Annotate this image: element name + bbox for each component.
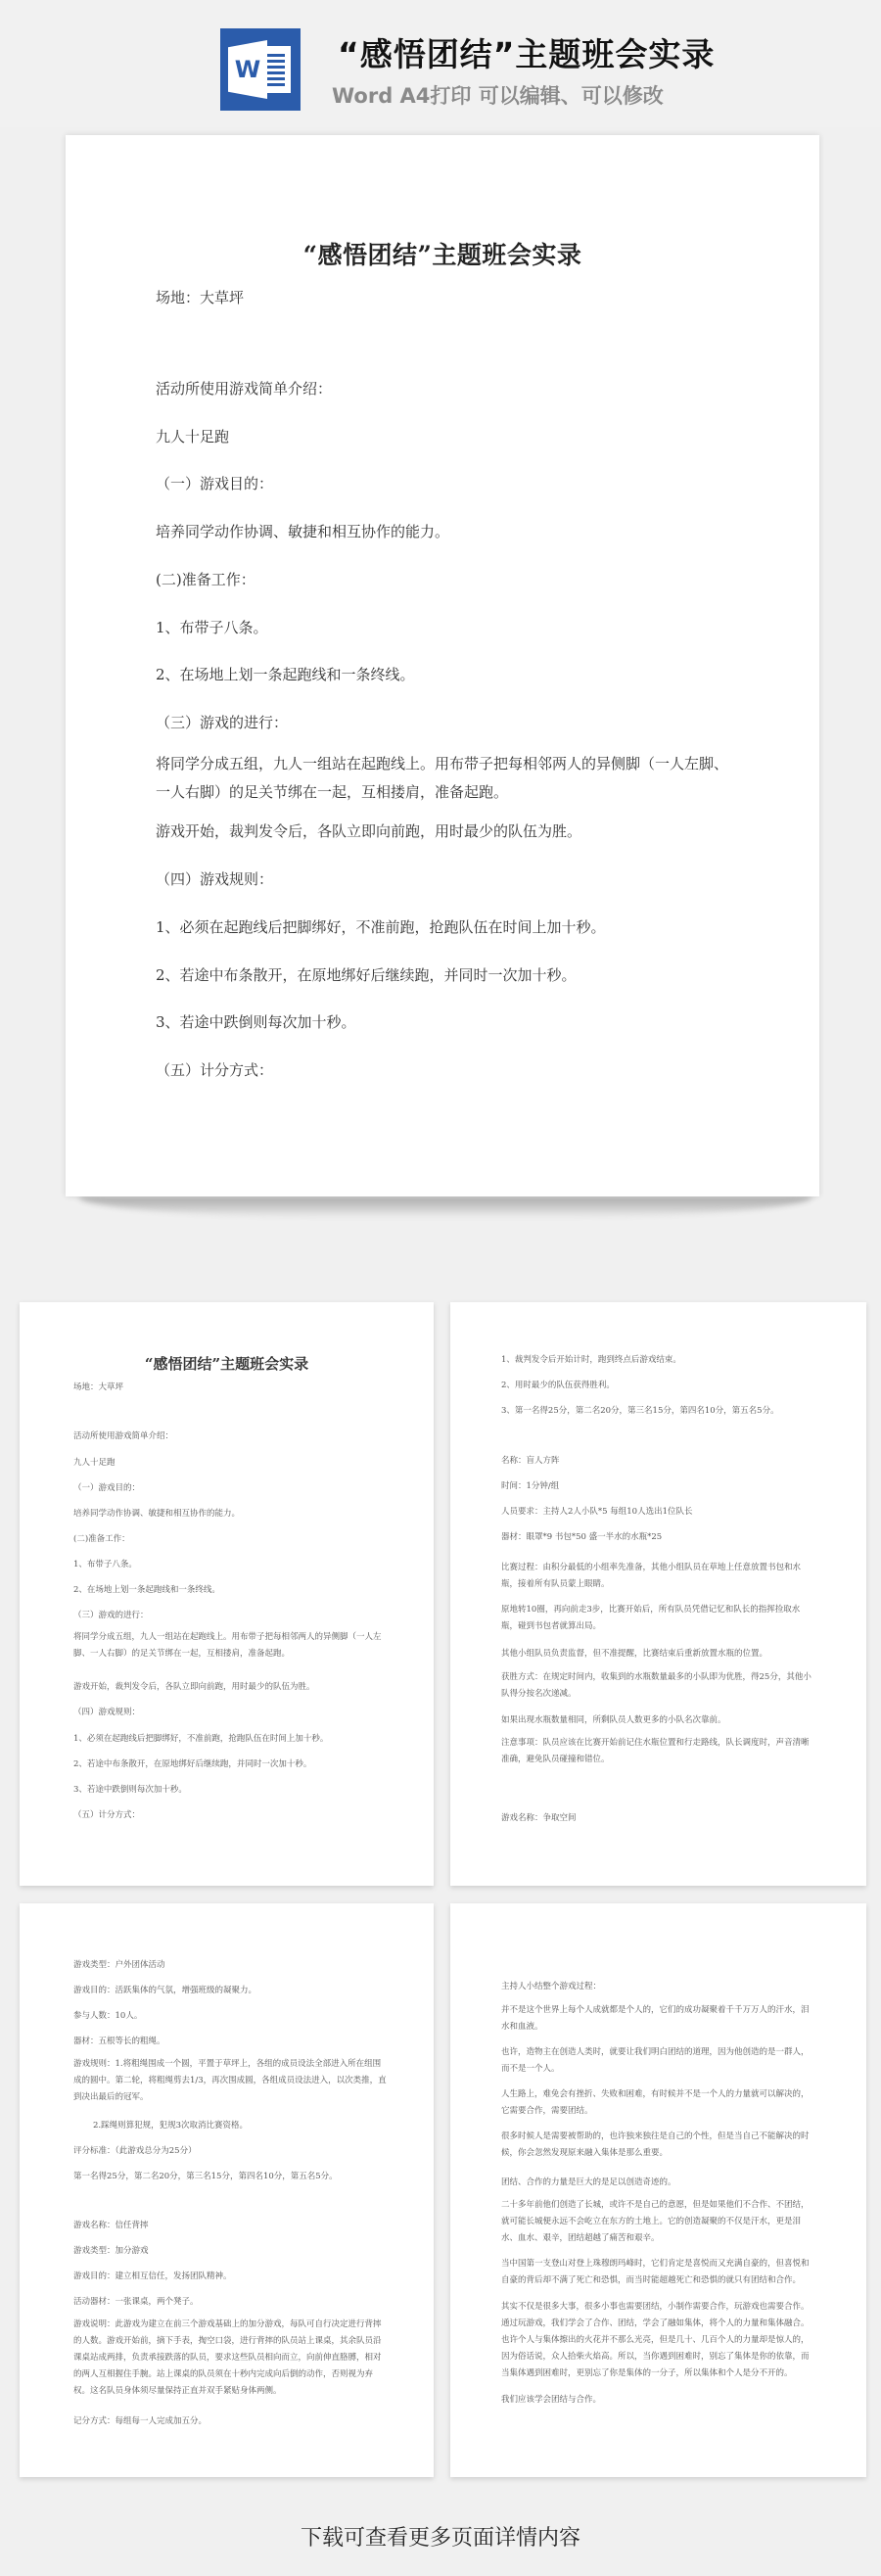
thumb-line: 活动所使用游戏简单介绍： — [73, 1429, 173, 1441]
header-subtitle: Word A4打印 可以编辑、可以修改 — [332, 80, 664, 110]
thumb-line: 人员要求：主持人2人小队*5 每组10人选出1位队长 — [501, 1505, 693, 1517]
section-heading: （三）游戏的进行： — [156, 712, 288, 732]
thumb-line: 培养同学动作协调、敏捷和相互协作的能力。 — [73, 1507, 240, 1519]
prep-item: 1、布带子八条。 — [156, 617, 268, 637]
thumb-line: 游戏类型：户外团体活动 — [73, 1958, 165, 1970]
thumb-line: 游戏开始，裁判发令后，各队立即向前跑，用时最少的队伍为胜。 — [73, 1680, 315, 1692]
thumb-line: 2、在场地上划一条起跑线和一条终线。 — [73, 1583, 220, 1595]
thumb-line: 1、布带子八条。 — [73, 1558, 137, 1569]
thumb-line: 记分方式：每组每一人完成加五分。 — [73, 2414, 207, 2426]
thumb-paragraph: 二十多年前他们创造了长城，或许不是自己的意愿，但是如果他们不合作、不团结，就可能… — [501, 2197, 814, 2247]
section-heading: (二)准备工作： — [156, 569, 255, 589]
download-more-link[interactable]: 下载可查看更多页面详情内容 — [0, 2521, 881, 2552]
word-doc-icon: W — [220, 28, 301, 111]
thumb-title: “感悟团结”主题班会实录 — [20, 1353, 434, 1374]
thumb-line: 游戏名称：争取空间 — [501, 1811, 577, 1823]
thumb-line: 器材：五根等长的粗绳。 — [73, 2035, 165, 2046]
thumb-paragraph: 当中国第一支登山对登上珠穆朗玛峰时，它们肯定是喜悦而又充满自豪的，但喜悦和自豪的… — [501, 2256, 814, 2289]
thumb-line: 评分标准：（此游戏总分为25分） — [73, 2144, 197, 2156]
thumb-line: 我们应该学会团结与合作。 — [501, 2393, 601, 2405]
rule-item: 3、若途中跌倒则每次加十秒。 — [156, 1011, 356, 1032]
thumb-paragraph: 很多时候人是需要被帮助的，也许独来独往是自己的个性，但是当自己不能解决的时候，你… — [501, 2129, 814, 2162]
thumb-paragraph: 游戏规则：1.将粗绳围成一个圆，平置于草坪上，各组的成员设法全部进入所在组围成的… — [73, 2056, 387, 2106]
thumb-paragraph: 人生路上，难免会有挫折、失败和困难，有时候并不是一个人的力量就可以解决的，它需要… — [501, 2086, 814, 2120]
thumb-line: 参与人数：10人。 — [73, 2009, 142, 2021]
thumb-line: 游戏目的：活跃集体的气氛，增强班级的凝聚力。 — [73, 1984, 256, 1995]
thumb-paragraph: 比赛过程：由积分最低的小组率先准备，其他小组队员在草地上任意放置书包和水瓶，接着… — [501, 1560, 814, 1593]
section-heading: （五）计分方式： — [156, 1059, 273, 1080]
intro-line: 活动所使用游戏简单介绍： — [156, 378, 332, 398]
thumb-paragraph: 将同学分成五组，九人一组站在起跑线上。用布带子把每相邻两人的异侧脚（一人左脚、一… — [73, 1629, 387, 1663]
thumb-paragraph: 原地转10圈，再向前走3步，比赛开始后，所有队员凭借记忆和队长的指挥捡取水瓶，碰… — [501, 1602, 814, 1635]
thumb-paragraph: 获胜方式：在规定时间内，收集到的水瓶数量最多的小队即为优胜，得25分，其他小队得… — [501, 1669, 814, 1703]
section-heading: （一）游戏目的： — [156, 473, 273, 493]
thumb-paragraph: 注意事项：队员应该在比赛开始前记住水瓶位置和行走路线，队长调度时，声音清晰准确，… — [501, 1735, 814, 1768]
rule-item: 2、若途中布条散开，在原地绑好后继续跑，并同时一次加十秒。 — [156, 964, 577, 985]
word-letter: W — [233, 58, 262, 81]
thumb-paragraph: 也许，造物主在创造人类时，就要让我们明白团结的道理，因为他创造的是一群人，而不是… — [501, 2044, 814, 2078]
thumb-line: （一）游戏目的： — [73, 1481, 140, 1493]
thumb-line: 其他小组队员负责监督，但不准提醒，比赛结束后重新放置水瓶的位置。 — [501, 1647, 767, 1659]
header-banner: W “感悟团结”主题班会实录 Word A4打印 可以编辑、可以修改 — [0, 0, 881, 127]
thumb-line: （三）游戏的进行： — [73, 1609, 149, 1620]
game-name: 九人十足跑 — [156, 426, 229, 446]
venue-line: 场地：大草坪 — [156, 287, 244, 307]
thumb-line: （四）游戏规则： — [73, 1706, 140, 1717]
thumb-line: 3、第一名得25分，第二名20分，第三名15分，第四名10分，第五名5分。 — [501, 1404, 779, 1416]
section-heading: （四）游戏规则： — [156, 868, 273, 889]
thumb-paragraph: 游戏说明：此游戏为建立在前三个游戏基础上的加分游戏，每队可自行决定进行背摔的人数… — [73, 2317, 387, 2400]
thumb-line: 第一名得25分，第二名20分，第三名15分，第四名10分，第五名5分。 — [73, 2170, 338, 2181]
thumb-paragraph: 其实不仅是很多大事，很多小事也需要团结，小制作需要合作，玩游戏也需要合作。通过玩… — [501, 2299, 814, 2382]
thumb-line: （五）计分方式： — [73, 1808, 140, 1820]
thumb-paragraph: 并不是这个世界上每个人成就都是个人的，它们的成功凝聚着千千万万人的汗水，泪水和血… — [501, 2002, 814, 2036]
prep-item: 2、在场地上划一条起跑线和一条终线。 — [156, 664, 415, 684]
document-page-preview: “感悟团结”主题班会实录 场地：大草坪 活动所使用游戏简单介绍： 九人十足跑 （… — [66, 135, 819, 1196]
thumbnail-page-3[interactable]: 游戏类型：户外团体活动 游戏目的：活跃集体的气氛，增强班级的凝聚力。 参与人数：… — [20, 1903, 434, 2477]
thumb-line: 场地：大草坪 — [73, 1381, 123, 1392]
rule-item: 1、必须在起跑线后把脚绑好，不准前跑，抢跑队伍在时间上加十秒。 — [156, 916, 606, 937]
thumb-line: 1、裁判发令后开始计时，跑到终点后游戏结束。 — [501, 1353, 681, 1365]
thumb-line: 主持人小结整个游戏过程： — [501, 1980, 601, 1991]
thumb-line: 活动器材：一张课桌，两个凳子。 — [73, 2295, 199, 2307]
document-title: “感悟团结”主题班会实录 — [66, 236, 819, 271]
thumb-line: 游戏类型：加分游戏 — [73, 2244, 149, 2256]
thumb-line: 时间：1分钟/组 — [501, 1479, 559, 1491]
thumb-line: 2、用时最少的队伍获得胜利。 — [501, 1379, 615, 1390]
thumb-line: 名称：盲人方阵 — [501, 1454, 560, 1466]
header-title: “感悟团结”主题班会实录 — [338, 29, 715, 75]
thumb-line: 团结、合作的力量是巨大的是足以创造奇迹的。 — [501, 2176, 676, 2187]
process-paragraph: 游戏开始，裁判发令后，各队立即向前跑，用时最少的队伍为胜。 — [156, 820, 581, 841]
thumb-line: 如果出现水瓶数量相同，所剩队员人数更多的小队名次靠前。 — [501, 1713, 726, 1725]
thumbnail-page-2[interactable]: 1、裁判发令后开始计时，跑到终点后游戏结束。 2、用时最少的队伍获得胜利。 3、… — [450, 1302, 866, 1886]
thumb-line: 游戏名称：信任背摔 — [73, 2219, 149, 2230]
thumb-line: 2、若途中布条散开，在原地绑好后继续跑，并同时一次加十秒。 — [73, 1757, 311, 1769]
thumb-line: 器材：眼罩*9 书包*50 盛一半水的水瓶*25 — [501, 1530, 662, 1542]
thumbnail-page-1[interactable]: “感悟团结”主题班会实录 场地：大草坪 活动所使用游戏简单介绍： 九人十足跑 （… — [20, 1302, 434, 1886]
thumb-line: 1、必须在起跑线后把脚绑好，不准前跑，抢跑队伍在时间上加十秒。 — [73, 1732, 328, 1744]
thumb-line: 2.踩绳则算犯规，犯规3次取消比赛资格。 — [93, 2119, 248, 2131]
thumb-line: 3、若途中跌倒则每次加十秒。 — [73, 1783, 187, 1795]
thumb-line: (二)准备工作： — [73, 1532, 130, 1544]
page-shadow — [78, 1196, 812, 1218]
purpose-line: 培养同学动作协调、敏捷和相互协作的能力。 — [156, 521, 449, 541]
thumb-line: 游戏目的：建立相互信任，发扬团队精神。 — [73, 2270, 232, 2281]
thumb-line: 九人十足跑 — [73, 1456, 116, 1468]
process-paragraph: 将同学分成五组，九人一组站在起跑线上。用布带子把每相邻两人的异侧脚（一人左脚、一… — [156, 750, 733, 807]
thumbnail-page-4[interactable]: 主持人小结整个游戏过程： 并不是这个世界上每个人成就都是个人的，它们的成功凝聚着… — [450, 1903, 866, 2477]
